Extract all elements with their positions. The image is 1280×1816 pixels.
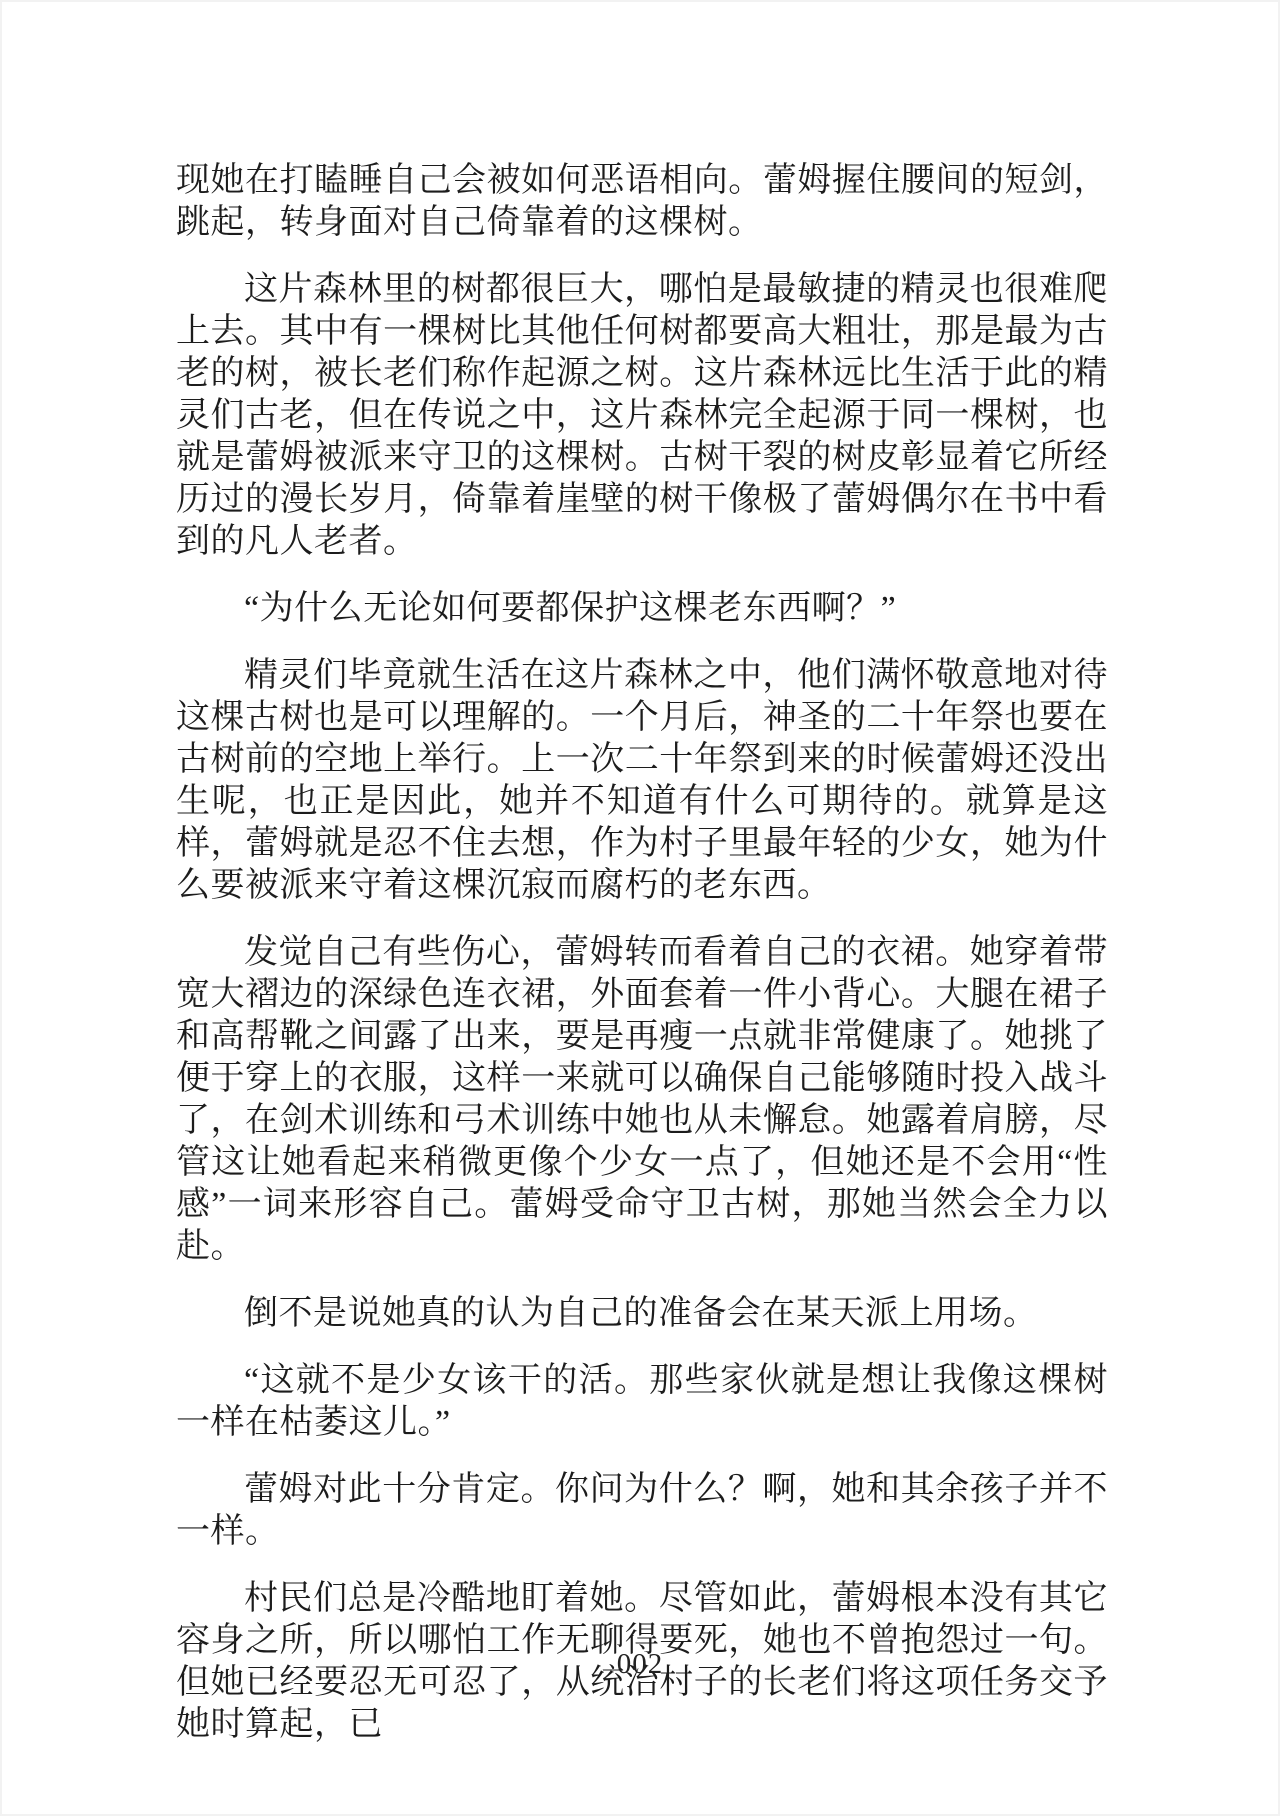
paragraph: 倒不是说她真的认为自己的准备会在某天派上用场。 — [176, 1293, 1108, 1335]
book-page: 现她在打瞌睡自己会被如何恶语相向。蕾姆握住腰间的短剑，跳起，转身面对自己倚靠着的… — [0, 0, 1280, 1816]
paragraph: 发觉自己有些伤心，蕾姆转而看着自己的衣裙。她穿着带宽大褶边的深绿色连衣裙，外面套… — [176, 932, 1108, 1268]
paragraph: 精灵们毕竟就生活在这片森林之中，他们满怀敬意地对待这棵古树也是可以理解的。一个月… — [176, 655, 1108, 907]
paragraph: 这片森林里的树都很巨大，哪怕是最敏捷的精灵也很难爬上去。其中有一棵树比其他任何树… — [176, 269, 1108, 563]
paragraph: “这就不是少女该干的活。那些家伙就是想让我像这棵树一样在枯萎这儿。” — [176, 1360, 1108, 1444]
paragraph: 蕾姆对此十分肯定。你问为什么？啊，她和其余孩子并不一样。 — [176, 1469, 1108, 1553]
page-number: 002 — [0, 1648, 1280, 1681]
text-block: 现她在打瞌睡自己会被如何恶语相向。蕾姆握住腰间的短剑，跳起，转身面对自己倚靠着的… — [176, 160, 1108, 1771]
paragraph: 现她在打瞌睡自己会被如何恶语相向。蕾姆握住腰间的短剑，跳起，转身面对自己倚靠着的… — [176, 160, 1108, 244]
paragraph: “为什么无论如何要都保护这棵老东西啊？” — [176, 588, 1108, 630]
